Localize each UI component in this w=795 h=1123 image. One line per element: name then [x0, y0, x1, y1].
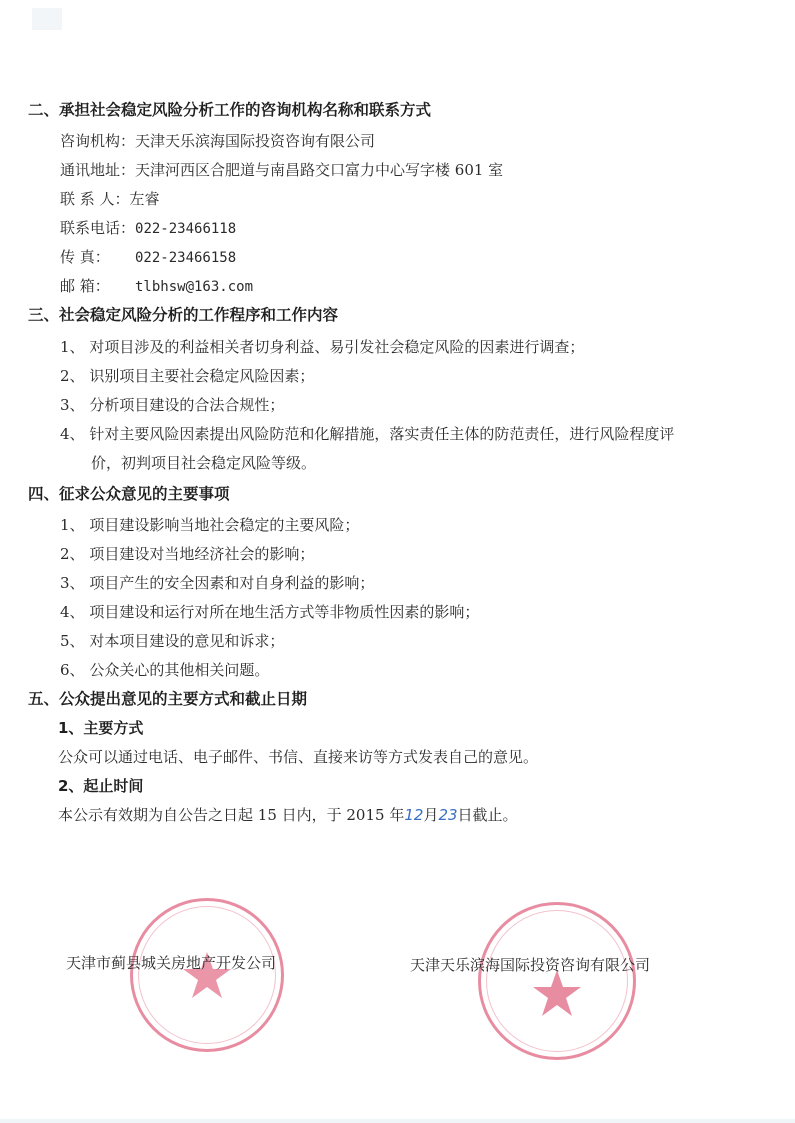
list-item-continuation: 价，初判项目社会稳定风险等级。 [91, 453, 316, 473]
scan-artifact-bottom [0, 1119, 795, 1123]
item-text: 针对主要风险因素提出风险防范和化解措施，落实责任主体的防范责任，进行风险程度评 [89, 425, 674, 443]
item-text: 识别项目主要社会稳定风险因素； [89, 367, 314, 385]
signature-company-left: 天津市蓟县城关房地产开发公司 [66, 952, 276, 973]
item-number: 5、 [60, 632, 85, 650]
item-text: 项目产生的安全因素和对自身利益的影响； [89, 574, 374, 592]
item-number: 6、 [60, 661, 85, 679]
company-seal-left [130, 898, 284, 1052]
list-item: 2、 识别项目主要社会稳定风险因素； [60, 366, 314, 386]
item-number: 2、 [60, 367, 85, 385]
section4-heading: 四、征求公众意见的主要事项 [28, 484, 230, 504]
contact-value: 022-23466158 [135, 250, 236, 266]
contact-value: 左睿 [130, 190, 160, 208]
section2-heading: 二、承担社会稳定风险分析工作的咨询机构名称和联系方式 [28, 100, 431, 120]
list-item: 4、 针对主要风险因素提出风险防范和化解措施，落实责任主体的防范责任，进行风险程… [60, 424, 674, 444]
section3-heading: 三、社会稳定风险分析的工作程序和工作内容 [28, 305, 338, 325]
item-text: 对本项目建设的意见和诉求； [89, 632, 284, 650]
item-number: 1、 [60, 338, 85, 356]
contact-value: 天津河西区合肥道与南昌路交口富力中心写字楼 601 室 [135, 161, 503, 179]
contact-row-address: 通讯地址：天津河西区合肥道与南昌路交口富力中心写字楼 601 室 [60, 160, 503, 180]
contact-row-email: 邮 箱：tlbhsw@163.com [60, 276, 253, 297]
list-item: 4、 项目建设和运行对所在地生活方式等非物质性因素的影响； [60, 602, 479, 622]
contact-row-agency: 咨询机构：天津天乐滨海国际投资咨询有限公司 [60, 131, 375, 151]
contact-row-fax: 传 真：022-23466158 [60, 247, 236, 268]
contact-label: 联 系 人： [60, 190, 130, 208]
list-item: 5、 对本项目建设的意见和诉求； [60, 631, 284, 651]
contact-email-link[interactable]: tlbhsw@163.com [135, 279, 253, 295]
contact-label: 传 真： [60, 247, 135, 267]
document-page: 二、承担社会稳定风险分析工作的咨询机构名称和联系方式 咨询机构：天津天乐滨海国际… [0, 0, 795, 1123]
handwritten-month: 12 [404, 806, 423, 824]
company-seal-right [478, 902, 636, 1060]
subsection-methods-title: 1、主要方式 [58, 718, 143, 738]
contact-label: 邮 箱： [60, 276, 135, 296]
item-text: 项目建设影响当地社会稳定的主要风险； [89, 516, 359, 534]
item-text: 公众关心的其他相关问题。 [89, 661, 269, 679]
item-number: 3、 [60, 396, 85, 414]
star-icon [531, 968, 583, 1018]
item-number: 4、 [60, 603, 85, 621]
list-item: 6、 公众关心的其他相关问题。 [60, 660, 269, 680]
list-item: 2、 项目建设对当地经济社会的影响； [60, 544, 314, 564]
contact-label: 咨询机构： [60, 132, 135, 150]
period-text-before: 本公示有效期为自公告之日起 15 日内，于 2015 年 [58, 806, 404, 824]
month-unit: 月 [423, 806, 438, 824]
item-number: 3、 [60, 574, 85, 592]
subsection-period-title: 2、起止时间 [58, 776, 143, 796]
contact-value: 天津天乐滨海国际投资咨询有限公司 [135, 132, 375, 150]
item-number: 4、 [60, 425, 85, 443]
item-text: 项目建设对当地经济社会的影响； [89, 545, 314, 563]
contact-value: 022-23466118 [135, 221, 236, 237]
signature-company-right: 天津天乐滨海国际投资咨询有限公司 [410, 954, 650, 975]
contact-label: 联系电话： [60, 219, 135, 237]
item-text: 分析项目建设的合法合规性； [89, 396, 284, 414]
contact-row-person: 联 系 人：左睿 [60, 189, 160, 209]
subsection-methods-text: 公众可以通过电话、电子邮件、书信、直接来访等方式发表自己的意见。 [58, 747, 538, 767]
handwritten-day: 23 [438, 806, 457, 824]
contact-label: 通讯地址： [60, 161, 135, 179]
list-item: 1、 项目建设影响当地社会稳定的主要风险； [60, 515, 359, 535]
contact-row-phone: 联系电话：022-23466118 [60, 218, 236, 239]
section5-heading: 五、公众提出意见的主要方式和截止日期 [28, 689, 307, 709]
scan-artifact-top-left [32, 8, 62, 30]
period-text-after: 日截止。 [458, 806, 518, 824]
list-item: 3、 项目产生的安全因素和对自身利益的影响； [60, 573, 374, 593]
item-number: 1、 [60, 516, 85, 534]
subsection-period-text: 本公示有效期为自公告之日起 15 日内，于 2015 年12月23日截止。 [58, 805, 518, 825]
item-text: 项目建设和运行对所在地生活方式等非物质性因素的影响； [89, 603, 479, 621]
item-number: 2、 [60, 545, 85, 563]
item-text: 对项目涉及的利益相关者切身利益、易引发社会稳定风险的因素进行调查； [89, 338, 584, 356]
list-item: 3、 分析项目建设的合法合规性； [60, 395, 284, 415]
list-item: 1、 对项目涉及的利益相关者切身利益、易引发社会稳定风险的因素进行调查； [60, 337, 584, 357]
